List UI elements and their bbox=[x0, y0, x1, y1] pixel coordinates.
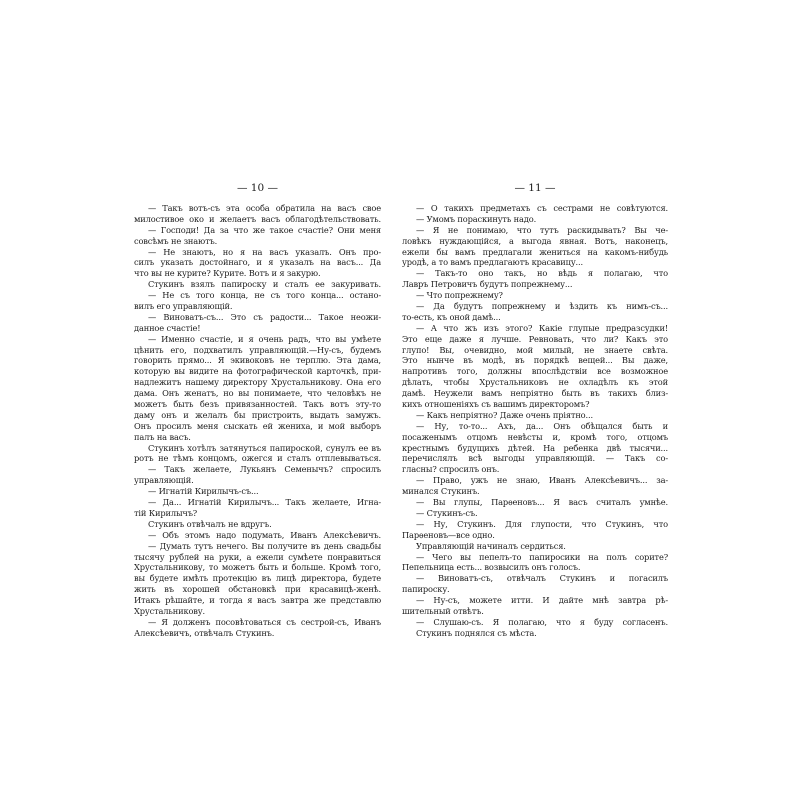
text-line: — Я не понимаю, что тутъ раскидывать? Вы… bbox=[402, 225, 668, 236]
text-line: силъ указать достойнаго, и я указалъ на … bbox=[134, 257, 381, 268]
right-page: — 11 — — О такихъ предметахъ съ сестрами… bbox=[402, 181, 668, 639]
text-line: — Не съ того конца, не съ того конца... … bbox=[134, 290, 381, 301]
text-line: что вы не курите? Курите. Вотъ и я закур… bbox=[134, 268, 381, 279]
book-spread: — 10 — — Такъ вотъ-съ эта особа обратила… bbox=[0, 0, 800, 800]
text-line: данное счастіе! bbox=[134, 323, 381, 334]
text-line: тій Кирилычъ? bbox=[134, 508, 381, 519]
text-line: — Стукинъ-съ. bbox=[402, 508, 668, 519]
text-line: — Не знаютъ, но я на васъ указалъ. Онъ п… bbox=[134, 247, 381, 258]
text-line: минался Стукинъ. bbox=[402, 486, 668, 497]
text-line: — Виноватъ-съ... Это съ радости... Такое… bbox=[134, 312, 381, 323]
text-line: — Вы глупы, Парѳеновъ... Я васъ считалъ … bbox=[402, 497, 668, 508]
text-line: — Ну, то-то... Ахъ, да... Онъ обѣщался б… bbox=[402, 421, 668, 432]
text-line: Пепельница есть... возвысилъ онъ голосъ. bbox=[402, 562, 668, 573]
text-line: которую вы видите на фотографической кар… bbox=[134, 366, 381, 377]
text-line: перечислялъ всѣ выгоды управляющій. — Та… bbox=[402, 453, 668, 464]
text-line: надлежитъ нашему директору Хрустальников… bbox=[134, 377, 381, 388]
text-line: Алексѣевичъ, отвѣчалъ Стукинъ. bbox=[134, 628, 381, 639]
text-line: палъ на васъ. bbox=[134, 432, 381, 443]
text-line: — Чего вы пепелъ-то папиросики на полъ с… bbox=[402, 552, 668, 563]
page-number: — 11 — bbox=[402, 181, 668, 203]
text-line: — Объ этомъ надо подумать, Иванъ Алексѣе… bbox=[134, 530, 381, 541]
text-line: — Я долженъ посовѣтоваться съ сестрой-съ… bbox=[134, 617, 381, 628]
text-line: Управляющій начиналъ сердиться. bbox=[402, 541, 668, 552]
text-line: — Слушаю-съ. Я полагаю, что я буду согла… bbox=[402, 617, 668, 628]
page-body: — Такъ вотъ-съ эта особа обратила на вас… bbox=[134, 203, 381, 639]
text-line: — Ну, Стукинъ. Для глупости, что Стукинъ… bbox=[402, 519, 668, 530]
text-line: — А что жъ изъ этого? Какіе глупые предр… bbox=[402, 323, 668, 334]
text-line: ловѣкъ нуждающійся, а выгода явная. Вотъ… bbox=[402, 236, 668, 247]
text-line: Лавръ Петровичъ будутъ попрежнему... bbox=[402, 279, 668, 290]
text-line: управляющій. bbox=[134, 475, 381, 486]
text-line: посаженымъ отцомъ невѣсты и, кромѣ того,… bbox=[402, 432, 668, 443]
text-line: Это нынче въ модѣ, въ порядкѣ вещей... В… bbox=[402, 355, 668, 366]
text-line: — Какъ непріятно? Даже очень пріятно... bbox=[402, 410, 668, 421]
text-line: Стукинъ отвѣчалъ не вдругъ. bbox=[134, 519, 381, 530]
text-line: крестнымъ будущихъ дѣтей. На ребенка двѣ… bbox=[402, 443, 668, 454]
text-line: дамѣ. Неужели вамъ непріятно быть въ так… bbox=[402, 388, 668, 399]
text-line: — Думать тутъ нечего. Вы получите въ ден… bbox=[134, 541, 381, 552]
text-line: дама. Онъ женатъ, но вы понимаете, что ч… bbox=[134, 388, 381, 399]
text-line: ежели бы вамъ предлагали жениться на как… bbox=[402, 247, 668, 258]
text-line: Стукинъ поднялся съ мѣста. bbox=[402, 628, 668, 639]
text-line: — О такихъ предметахъ съ сестрами не сов… bbox=[402, 203, 668, 214]
text-line: милостивое око и желаетъ васъ облагодѣте… bbox=[134, 214, 381, 225]
text-line: шительный отвѣтъ. bbox=[402, 606, 668, 617]
left-page: — 10 — — Такъ вотъ-съ эта особа обратила… bbox=[134, 181, 381, 639]
page-body: — О такихъ предметахъ съ сестрами не сов… bbox=[402, 203, 668, 639]
text-line: ротъ не тѣмъ концомъ, ожегся и сталъ отп… bbox=[134, 453, 381, 464]
text-line: напротивъ того, должны впослѣдствіи все … bbox=[402, 366, 668, 377]
text-line: Парѳеновъ—все одно. bbox=[402, 530, 668, 541]
text-line: Стукинъ хотѣлъ затянуться папироской, су… bbox=[134, 443, 381, 454]
text-line: Это еще даже я лучше. Ревновать, что ли?… bbox=[402, 334, 668, 345]
text-line: то-есть, къ оной дамѣ... bbox=[402, 312, 668, 323]
text-line: вы будете имѣть протекцію въ лицѣ директ… bbox=[134, 573, 381, 584]
text-line: — Что попрежнему? bbox=[402, 290, 668, 301]
text-line: — Игнатій Кирилычъ-съ... bbox=[134, 486, 381, 497]
text-line: уродѣ, а то вамъ предлагаютъ красавицу..… bbox=[402, 257, 668, 268]
text-line: цѣнить его, подхватилъ управляющій.—Ну-с… bbox=[134, 345, 381, 356]
text-line: тысячу рублей на руки, а ежели сумѣете п… bbox=[134, 552, 381, 563]
text-line: вилъ его управляющій. bbox=[134, 301, 381, 312]
text-line: папироску. bbox=[402, 584, 668, 595]
text-line: — Господи! Да за что же такое счастіе? О… bbox=[134, 225, 381, 236]
text-line: совсѣмъ не знаютъ. bbox=[134, 236, 381, 247]
text-line: — Да... Игнатій Кирилычъ... Такъ желаете… bbox=[134, 497, 381, 508]
text-line: Стукинъ взялъ папироску и сталъ ее закур… bbox=[134, 279, 381, 290]
page-number: — 10 — bbox=[134, 181, 381, 203]
text-line: — Ну-съ, можете итти. И дайте мнѣ завтра… bbox=[402, 595, 668, 606]
text-line: говорить прямо... Я экивоковъ не терплю.… bbox=[134, 355, 381, 366]
text-line: кихъ отношеніяхъ съ вашимъ директоромъ? bbox=[402, 399, 668, 410]
text-line: даму онъ и желалъ бы пристроить, выдать … bbox=[134, 410, 381, 421]
text-line: — Право, ужъ не знаю, Иванъ Алексѣевичъ.… bbox=[402, 475, 668, 486]
text-line: — Такъ-то оно такъ, но вѣдь я полагаю, ч… bbox=[402, 268, 668, 279]
text-line: Хрустальникову. bbox=[134, 606, 381, 617]
text-line: гласны? спросилъ онъ. bbox=[402, 464, 668, 475]
text-line: дѣлать, чтобы Хрустальниковъ не охладѣлъ… bbox=[402, 377, 668, 388]
text-line: Онъ просилъ меня сыскать ей жениха, и мо… bbox=[134, 421, 381, 432]
text-line: — Умомъ пораскинуть надо. bbox=[402, 214, 668, 225]
text-line: — Виноватъ-съ, отвѣчалъ Стукинъ и погаси… bbox=[402, 573, 668, 584]
text-line: — Именно счастіе, и я очень радъ, что вы… bbox=[134, 334, 381, 345]
text-line: можетъ быть безъ привязанностей. Такъ во… bbox=[134, 399, 381, 410]
text-line: жить въ хорошей обстановкѣ при красавицѣ… bbox=[134, 584, 381, 595]
text-line: Итакъ рѣшайте, и тогда я васъ завтра же … bbox=[134, 595, 381, 606]
text-line: Хрустальникову, то можетъ быть и больше.… bbox=[134, 562, 381, 573]
text-line: — Такъ желаете, Лукьянъ Семенычъ? спроси… bbox=[134, 464, 381, 475]
text-line: глупо! Вы, очевидно, мой милый, не знает… bbox=[402, 345, 668, 356]
text-line: — Да будутъ попрежнему и ѣздить къ нимъ-… bbox=[402, 301, 668, 312]
text-line: — Такъ вотъ-съ эта особа обратила на вас… bbox=[134, 203, 381, 214]
